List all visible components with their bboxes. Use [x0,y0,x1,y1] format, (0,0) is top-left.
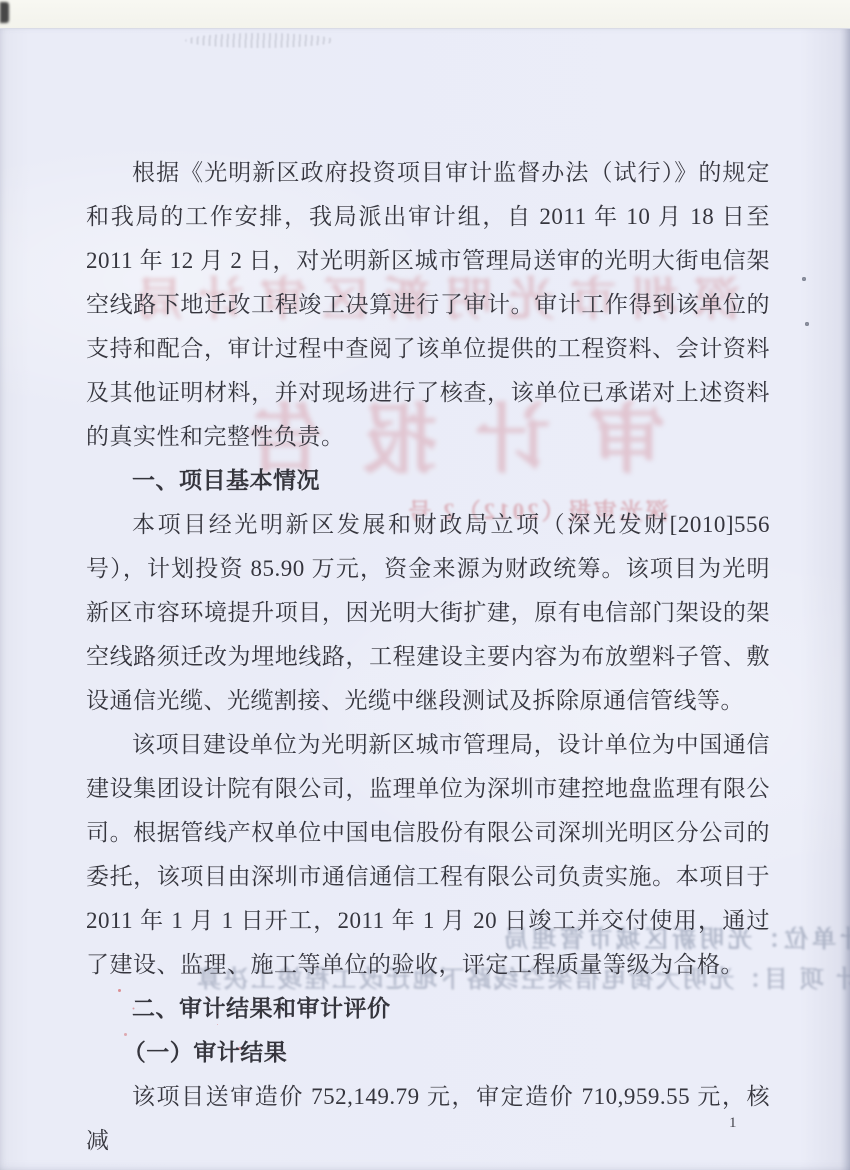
heading-project-basic-info: 一、项目基本情况 [86,459,770,503]
page-number: 1 [729,1115,737,1132]
paragraph-audit-basis: 根据《光明新区政府投资项目审计监督办法（试行）》的规定和我局的工作安排，我局派出… [86,151,770,459]
scanned-paper-page: 深圳市光明新区审计局 审计报告 深光审报（2012）2 号 被审计单位：光明新区… [0,28,850,1170]
scan-artifact-corner-mark [0,2,9,23]
heading-audit-results-evaluation: 二、审计结果和审计评价 [86,987,770,1031]
paragraph-audit-figures: 该项目送审造价 752,149.79 元，审定造价 710,959.55 元，核… [86,1075,770,1163]
pencil-smudge-artifact [185,33,335,48]
paragraph-project-approval: 本项目经光明新区发展和财政局立项（深光发财[2010]556 号），计划投资 8… [86,503,770,723]
staple-hole [805,322,809,326]
scanner-background-strip [0,0,850,29]
scan-stage: 深圳市光明新区审计局 审计报告 深光审报（2012）2 号 被审计单位：光明新区… [0,0,850,1170]
staple-hole [802,277,806,281]
report-body-text: 根据《光明新区政府投资项目审计监督办法（试行）》的规定和我局的工作安排，我局派出… [86,151,770,1163]
subheading-audit-results: （一）审计结果 [86,1031,770,1075]
paragraph-project-parties: 该项目建设单位为光明新区城市管理局，设计单位为中国通信建设集团设计院有限公司，监… [86,723,770,987]
